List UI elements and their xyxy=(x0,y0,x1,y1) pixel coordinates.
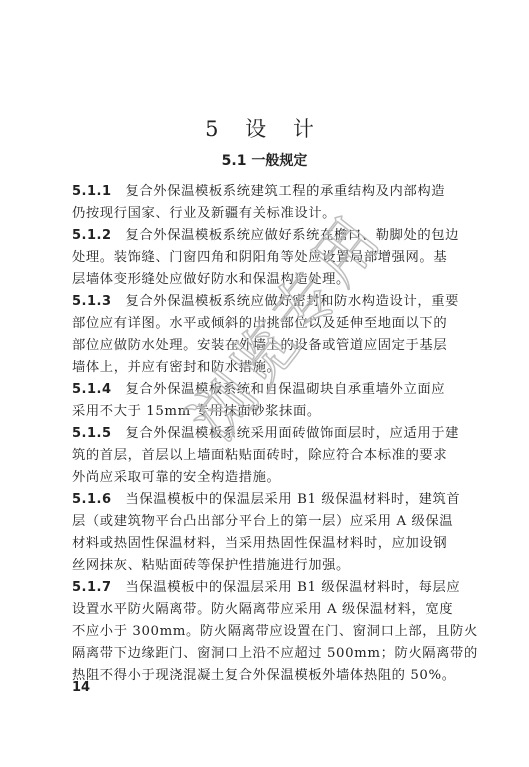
chapter-title: 5 设 计 xyxy=(0,113,529,143)
clause-line: 采用不大于 15mm 专用抹面砂浆抹面。 xyxy=(72,401,472,423)
clause-line: 5.1.4复合外保温模板系统和自保温砌块自承重墙外立面应 xyxy=(72,379,472,401)
clause-line: 层墙体变形缝处应做好防水和保温构造处理。 xyxy=(72,269,472,291)
clause-line: 热阻不得小于现浇混凝土复合外保温模板外墙体热阻的 50%。 xyxy=(72,665,472,687)
clause-line: 5.1.3复合外保温模板系统应做好密封和防水构造设计，重要 xyxy=(72,291,472,313)
clause-line: 5.1.5复合外保温模板系统采用面砖做饰面层时，应适用于建 xyxy=(72,423,472,445)
clause-number: 5.1.4 xyxy=(72,382,112,397)
clause-line: 层（或建筑物平台凸出部分平台上的第一层）应采用 A 级保温 xyxy=(72,511,472,533)
clause-line: 不应小于 300mm。防火隔离带应设置在门、窗洞口上部，且防火 xyxy=(72,621,472,643)
clause-line: 5.1.1复合外保温模板系统建筑工程的承重结构及内部构造 xyxy=(72,181,472,203)
clause-number: 5.1.3 xyxy=(72,294,112,309)
clause-line: 设置水平防火隔离带。防火隔离带应采用 A 级保温材料，宽度 xyxy=(72,599,472,621)
clause-line: 材料或热固性保温材料，当采用热固性保温材料时，应加设钢 xyxy=(72,533,472,555)
clause-line: 5.1.2复合外保温模板系统应做好系统在檐口、勒脚处的包边 xyxy=(72,225,472,247)
clause-number: 5.1.6 xyxy=(72,492,112,507)
clause-number: 5.1.2 xyxy=(72,228,112,243)
clause-line: 部位应做防水处理。安装在外墙上的设备或管道应固定于基层 xyxy=(72,335,472,357)
clause-number: 5.1.5 xyxy=(72,426,112,441)
clauses-body: 5.1.1复合外保温模板系统建筑工程的承重结构及内部构造 仍按现行国家、行业及新… xyxy=(72,181,472,687)
clause-line: 仍按现行国家、行业及新疆有关标准设计。 xyxy=(72,203,472,225)
clause-line: 5.1.6当保温模板中的保温层采用 B1 级保温材料时，建筑首 xyxy=(72,489,472,511)
page-number: 14 xyxy=(72,680,90,695)
clause-number: 5.1.1 xyxy=(72,184,112,199)
clause-line: 外尚应采取可靠的安全构造措施。 xyxy=(72,467,472,489)
clause-line: 处理。装饰缝、门窗四角和阴阳角等处应设置局部增强网。基 xyxy=(72,247,472,269)
clause-line: 部位应有详图。水平或倾斜的出挑部位以及延伸至地面以下的 xyxy=(72,313,472,335)
clause-line: 隔离带下边缘距门、窗洞口上沿不应超过 500mm；防火隔离带的 xyxy=(72,643,472,665)
document-page: 5 设 计 5.1 一般规定 5.1.1复合外保温模板系统建筑工程的承重结构及内… xyxy=(0,0,529,767)
clause-number: 5.1.7 xyxy=(72,580,112,595)
section-title: 5.1 一般规定 xyxy=(0,150,529,170)
clause-line: 丝网抹灰、粘贴面砖等保护性措施进行加强。 xyxy=(72,555,472,577)
clause-line: 5.1.7当保温模板中的保温层采用 B1 级保温材料时，每层应 xyxy=(72,577,472,599)
clause-line: 墙体上，并应有密封和防水措施。 xyxy=(72,357,472,379)
clause-line: 筑的首层，首层以上墙面粘贴面砖时，除应符合本标准的要求 xyxy=(72,445,472,467)
